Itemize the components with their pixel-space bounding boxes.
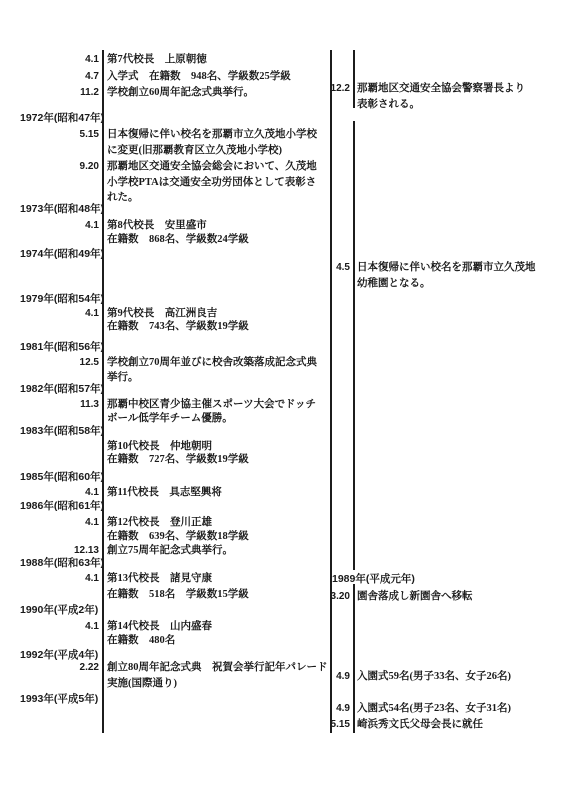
entry-date: 4.1	[47, 219, 99, 232]
year-heading: 1989年(平成元年)	[332, 573, 415, 586]
year-heading: 1974年(昭和49年)	[20, 248, 104, 261]
year-heading: 1983年(昭和58年)	[20, 425, 104, 438]
entry-text-continuation: れた。	[107, 191, 139, 204]
entry-date: 4.1	[47, 516, 99, 529]
entry-text: 日本復帰に伴い校名を那覇市立久茂地	[357, 261, 536, 274]
entry-text-continuation: 幼稚園となる。	[357, 277, 431, 290]
entry-date: 12.13	[47, 544, 99, 557]
entry-text: 那覇中校区青少協主催スポーツ大会でドッチ	[107, 398, 316, 411]
entry-date: 2.22	[47, 661, 99, 674]
entry-text-continuation: に変更(旧那覇教育区立久茂地小学校)	[107, 144, 282, 157]
entry-text: 創立75周年記念式典挙行。	[107, 544, 233, 557]
entry-date: 11.2	[47, 86, 99, 99]
school-date-rule	[102, 50, 104, 733]
entry-text: 第8代校長 安里盛市	[107, 219, 207, 232]
year-heading: 1992年(平成4年)	[20, 649, 98, 662]
entry-date: 11.3	[47, 398, 99, 411]
entry-text: 第9代校長 高江洲良吉	[107, 307, 217, 320]
entry-text: 入学式 在籍数 948名、学級数25学級	[107, 70, 291, 83]
entry-date: 4.1	[47, 53, 99, 66]
year-heading: 1986年(昭和61年)	[20, 500, 104, 513]
entry-text-continuation: 第10代校長 仲地朝明	[107, 440, 212, 453]
year-heading: 1985年(昭和60年)	[20, 471, 104, 484]
entry-text-continuation: 在籍数 868名、学級数24学級	[107, 233, 249, 246]
entry-text-continuation: 小学校PTAは交通安全功労団体として表彰さ	[107, 176, 316, 189]
entry-date: 4.1	[47, 620, 99, 633]
entry-text: 入園式59名(男子33名、女子26名)	[357, 670, 511, 683]
entry-text: 学校創立70周年並びに校舎改築落成記念式典	[107, 356, 317, 369]
kindergarten-date-rule-middle	[353, 121, 355, 570]
entry-date: 12.5	[47, 356, 99, 369]
year-heading: 1973年(昭和48年)	[20, 203, 104, 216]
entry-text: 入園式54名(男子23名、女子31名)	[357, 702, 511, 715]
entry-text-continuation: ボール低学年チーム優勝。	[107, 412, 233, 425]
year-heading: 1982年(昭和57年)	[20, 383, 104, 396]
entry-text-continuation: 在籍数 743名、学級数19学級	[107, 320, 249, 333]
entry-text-continuation: 実施(国際通り)	[107, 677, 177, 690]
entry-date: 4.9	[298, 702, 350, 715]
entry-text: 園舎落成し新園舎へ移転	[357, 590, 473, 603]
entry-text: 学校創立60周年記念式典挙行。	[107, 86, 254, 99]
entry-date: 4.1	[47, 572, 99, 585]
entry-text: 那覇地区交通安全協会警察署長より	[357, 82, 525, 95]
entry-text-continuation: 在籍数 480名	[107, 634, 175, 647]
entry-date: 9.20	[47, 160, 99, 173]
year-heading: 1981年(昭和56年)	[20, 341, 104, 354]
school-history-column: 4.1第7代校長 上原朝徳4.7入学式 在籍数 948名、学級数25学級11.2…	[0, 0, 566, 800]
entry-text: 崎浜秀文氏父母会長に就任	[357, 718, 483, 731]
entry-date: 5.15	[298, 718, 350, 731]
year-heading: 1993年(平成5年)	[20, 693, 98, 706]
entry-text-continuation: 表彰される。	[357, 98, 420, 111]
year-heading: 1972年(昭和47年)	[20, 112, 104, 125]
entry-date: 4.1	[47, 486, 99, 499]
entry-text: 第12代校長 登川正雄	[107, 516, 212, 529]
entry-date: 4.7	[47, 70, 99, 83]
entry-text: 第11代校長 具志堅興将	[107, 486, 222, 499]
entry-date: 5.15	[47, 128, 99, 141]
scanned-chronology-page: 4.1第7代校長 上原朝徳4.7入学式 在籍数 948名、学級数25学級11.2…	[0, 0, 566, 800]
entry-text-continuation: 在籍数 639名、学級数18学級	[107, 530, 249, 543]
entry-date: 4.1	[47, 307, 99, 320]
entry-text: 創立80周年記念式典 祝賀会挙行記年パレード	[107, 661, 328, 674]
entry-text: 第7代校長 上原朝徳	[107, 53, 207, 66]
kindergarten-date-rule-top	[353, 50, 355, 108]
entry-text: 日本復帰に伴い校名を那覇市立久茂地小学校	[107, 128, 317, 141]
entry-text-continuation: 在籍数 727名、学級数19学級	[107, 453, 249, 466]
entry-text: 第13代校長 諸見守康	[107, 572, 212, 585]
year-heading: 1979年(昭和54年)	[20, 293, 104, 306]
entry-text: 第14代校長 山内盛春	[107, 620, 212, 633]
kindergarten-history-column: 12.2那覇地区交通安全協会警察署長より表彰される。4.5日本復帰に伴い校名を那…	[0, 0, 566, 800]
entry-text-continuation: 在籍数 518名 学級数15学級	[107, 588, 249, 601]
kindergarten-date-rule-bottom	[353, 584, 355, 733]
entry-date: 4.5	[298, 261, 350, 274]
year-heading: 1990年(平成2年)	[20, 604, 98, 617]
entry-text-continuation: 挙行。	[107, 371, 139, 384]
column-separator-rule	[330, 50, 332, 733]
year-heading: 1988年(昭和63年)	[20, 557, 104, 570]
entry-date: 12.2	[298, 82, 350, 95]
entry-date: 4.9	[298, 670, 350, 683]
entry-text: 那覇地区交通安全協会総会において、久茂地	[107, 160, 317, 173]
entry-date: 3.20	[298, 590, 350, 603]
